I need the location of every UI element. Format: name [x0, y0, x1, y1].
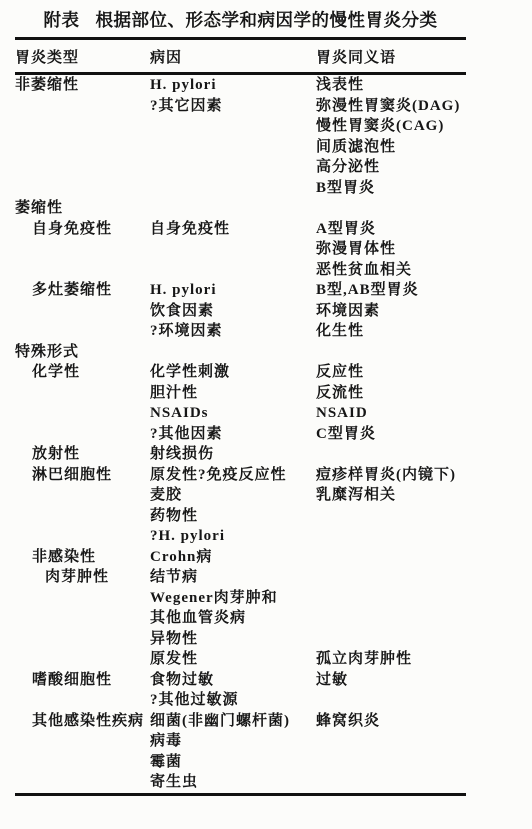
etiology-cell: 结节病	[150, 567, 316, 588]
table-row: ?其他因素C型胃炎	[15, 424, 466, 445]
bottom-rule	[15, 793, 466, 796]
etiology-cell: 射线损伤	[150, 444, 316, 465]
column-header-gastritis-type: 胃炎类型	[15, 46, 150, 67]
synonym-cell: 孤立肉芽肿性	[316, 649, 466, 670]
caption-title: 根据部位、形态学和病因学的慢性胃炎分类	[96, 10, 438, 30]
synonym-cell	[316, 567, 466, 588]
type-cell	[15, 772, 150, 793]
etiology-cell: 麦胶	[150, 485, 316, 506]
etiology-cell: 原发性?免疫反应性	[150, 465, 316, 486]
type-cell	[15, 752, 150, 773]
etiology-cell: 病毒	[150, 731, 316, 752]
type-cell: 多灶萎缩性	[15, 280, 150, 301]
table-row: 非萎缩性H. pylori浅表性	[15, 75, 466, 96]
synonym-cell	[316, 690, 466, 711]
synonym-cell: A型胃炎	[316, 219, 466, 240]
synonym-cell	[316, 629, 466, 650]
table-row: 其他血管炎病	[15, 608, 466, 629]
synonym-cell: 过敏	[316, 670, 466, 691]
synonym-cell	[316, 198, 466, 219]
synonym-cell: 弥漫胃体性	[316, 239, 466, 260]
type-cell	[15, 608, 150, 629]
type-cell: 淋巴细胞性	[15, 465, 150, 486]
table-row: 胆汁性反流性	[15, 383, 466, 404]
etiology-cell	[150, 157, 316, 178]
table-header-row: 胃炎类型 病因 胃炎同义语	[15, 40, 466, 72]
column-header-synonyms: 胃炎同义语	[316, 46, 466, 67]
table-row: ?其它因素弥漫性胃窦炎(DAG)	[15, 96, 466, 117]
etiology-cell	[150, 178, 316, 199]
table-row: 恶性贫血相关	[15, 260, 466, 281]
type-cell	[15, 96, 150, 117]
etiology-cell: ?其他过敏源	[150, 690, 316, 711]
etiology-cell: ?环境因素	[150, 321, 316, 342]
table-row: 慢性胃窦炎(CAG)	[15, 116, 466, 137]
etiology-cell	[150, 198, 316, 219]
type-cell	[15, 239, 150, 260]
etiology-cell	[150, 239, 316, 260]
table-row: 放射性射线损伤	[15, 444, 466, 465]
type-cell	[15, 178, 150, 199]
etiology-cell: 寄生虫	[150, 772, 316, 793]
type-cell	[15, 506, 150, 527]
synonym-cell	[316, 752, 466, 773]
type-cell	[15, 485, 150, 506]
type-cell	[15, 137, 150, 158]
synonym-cell: B型胃炎	[316, 178, 466, 199]
table-row: NSAIDsNSAID	[15, 403, 466, 424]
etiology-cell: 胆汁性	[150, 383, 316, 404]
synonym-cell	[316, 506, 466, 527]
synonym-cell: 慢性胃窦炎(CAG)	[316, 116, 466, 137]
type-cell	[15, 403, 150, 424]
etiology-cell: H. pylori	[150, 280, 316, 301]
type-cell	[15, 649, 150, 670]
etiology-cell: 异物性	[150, 629, 316, 650]
table-row: 原发性孤立肉芽肿性	[15, 649, 466, 670]
type-cell: 非感染性	[15, 547, 150, 568]
caption-label: 附表	[44, 10, 80, 30]
type-cell	[15, 321, 150, 342]
etiology-cell: 食物过敏	[150, 670, 316, 691]
synonym-cell: 化生性	[316, 321, 466, 342]
etiology-cell: ?H. pylori	[150, 526, 316, 547]
synonym-cell: C型胃炎	[316, 424, 466, 445]
table-row: 萎缩性	[15, 198, 466, 219]
synonym-cell: 恶性贫血相关	[316, 260, 466, 281]
synonym-cell: 间质滤泡性	[316, 137, 466, 158]
synonym-cell: B型,AB型胃炎	[316, 280, 466, 301]
type-cell: 化学性	[15, 362, 150, 383]
table-caption: 附表根据部位、形态学和病因学的慢性胃炎分类	[15, 9, 466, 31]
table-body: 非萎缩性H. pylori浅表性?其它因素弥漫性胃窦炎(DAG)慢性胃窦炎(CA…	[15, 75, 466, 793]
type-cell	[15, 116, 150, 137]
etiology-cell: 化学性刺激	[150, 362, 316, 383]
etiology-cell: 霉菌	[150, 752, 316, 773]
type-cell: 萎缩性	[15, 198, 150, 219]
table-row: 弥漫胃体性	[15, 239, 466, 260]
table-row: Wegener肉芽肿和	[15, 588, 466, 609]
etiology-cell: ?其它因素	[150, 96, 316, 117]
synonym-cell: 浅表性	[316, 75, 466, 96]
type-cell	[15, 731, 150, 752]
etiology-cell: Crohn病	[150, 547, 316, 568]
type-cell	[15, 260, 150, 281]
table-row: 麦胶乳糜泻相关	[15, 485, 466, 506]
etiology-cell: 原发性	[150, 649, 316, 670]
etiology-cell: 其他血管炎病	[150, 608, 316, 629]
synonym-cell: 弥漫性胃窦炎(DAG)	[316, 96, 466, 117]
column-header-etiology: 病因	[150, 46, 316, 67]
synonym-cell	[316, 526, 466, 547]
synonym-cell: 蜂窝织炎	[316, 711, 466, 732]
synonym-cell	[316, 342, 466, 363]
synonym-cell: 乳糜泻相关	[316, 485, 466, 506]
type-cell: 其他感染性疾病	[15, 711, 150, 732]
table-row: 化学性化学性刺激反应性	[15, 362, 466, 383]
type-cell	[15, 383, 150, 404]
synonym-cell: 环境因素	[316, 301, 466, 322]
etiology-cell: H. pylori	[150, 75, 316, 96]
type-cell	[15, 588, 150, 609]
gastritis-classification-table: 附表根据部位、形态学和病因学的慢性胃炎分类 胃炎类型 病因 胃炎同义语 非萎缩性…	[15, 9, 466, 796]
etiology-cell: Wegener肉芽肿和	[150, 588, 316, 609]
scanned-document-page: { "page": { "background": "#fcfcfa", "ru…	[0, 0, 532, 829]
table-row: ?H. pylori	[15, 526, 466, 547]
table-row: 间质滤泡性	[15, 137, 466, 158]
etiology-cell	[150, 116, 316, 137]
type-cell: 特殊形式	[15, 342, 150, 363]
table-row: 非感染性Crohn病	[15, 547, 466, 568]
etiology-cell: 细菌(非幽门螺杆菌)	[150, 711, 316, 732]
table-row: 淋巴细胞性原发性?免疫反应性痘疹样胃炎(内镜下)	[15, 465, 466, 486]
table-row: 寄生虫	[15, 772, 466, 793]
table-row: 病毒	[15, 731, 466, 752]
etiology-cell	[150, 342, 316, 363]
etiology-cell: 自身免疫性	[150, 219, 316, 240]
table-row: 药物性	[15, 506, 466, 527]
type-cell	[15, 424, 150, 445]
synonym-cell: 反应性	[316, 362, 466, 383]
table-row: 饮食因素环境因素	[15, 301, 466, 322]
type-cell	[15, 690, 150, 711]
type-cell: 非萎缩性	[15, 75, 150, 96]
table-row: 高分泌性	[15, 157, 466, 178]
synonym-cell	[316, 772, 466, 793]
table-row: B型胃炎	[15, 178, 466, 199]
table-row: 多灶萎缩性H. pyloriB型,AB型胃炎	[15, 280, 466, 301]
synonym-cell: 痘疹样胃炎(内镜下)	[316, 465, 466, 486]
type-cell: 自身免疫性	[15, 219, 150, 240]
type-cell	[15, 629, 150, 650]
synonym-cell: NSAID	[316, 403, 466, 424]
table-row: ?其他过敏源	[15, 690, 466, 711]
table-row: 自身免疫性自身免疫性A型胃炎	[15, 219, 466, 240]
synonym-cell	[316, 731, 466, 752]
synonym-cell: 反流性	[316, 383, 466, 404]
synonym-cell	[316, 588, 466, 609]
etiology-cell: 饮食因素	[150, 301, 316, 322]
table-row: 其他感染性疾病细菌(非幽门螺杆菌)蜂窝织炎	[15, 711, 466, 732]
table-row: 霉菌	[15, 752, 466, 773]
table-row: 肉芽肿性结节病	[15, 567, 466, 588]
synonym-cell	[316, 608, 466, 629]
type-cell	[15, 157, 150, 178]
etiology-cell: 药物性	[150, 506, 316, 527]
etiology-cell: ?其他因素	[150, 424, 316, 445]
synonym-cell: 高分泌性	[316, 157, 466, 178]
table-row: 异物性	[15, 629, 466, 650]
synonym-cell	[316, 547, 466, 568]
table-row: ?环境因素化生性	[15, 321, 466, 342]
type-cell	[15, 301, 150, 322]
synonym-cell	[316, 444, 466, 465]
type-cell	[15, 526, 150, 547]
etiology-cell: NSAIDs	[150, 403, 316, 424]
type-cell: 肉芽肿性	[15, 567, 150, 588]
etiology-cell	[150, 137, 316, 158]
type-cell: 嗜酸细胞性	[15, 670, 150, 691]
table-row: 特殊形式	[15, 342, 466, 363]
etiology-cell	[150, 260, 316, 281]
type-cell: 放射性	[15, 444, 150, 465]
table-row: 嗜酸细胞性食物过敏过敏	[15, 670, 466, 691]
